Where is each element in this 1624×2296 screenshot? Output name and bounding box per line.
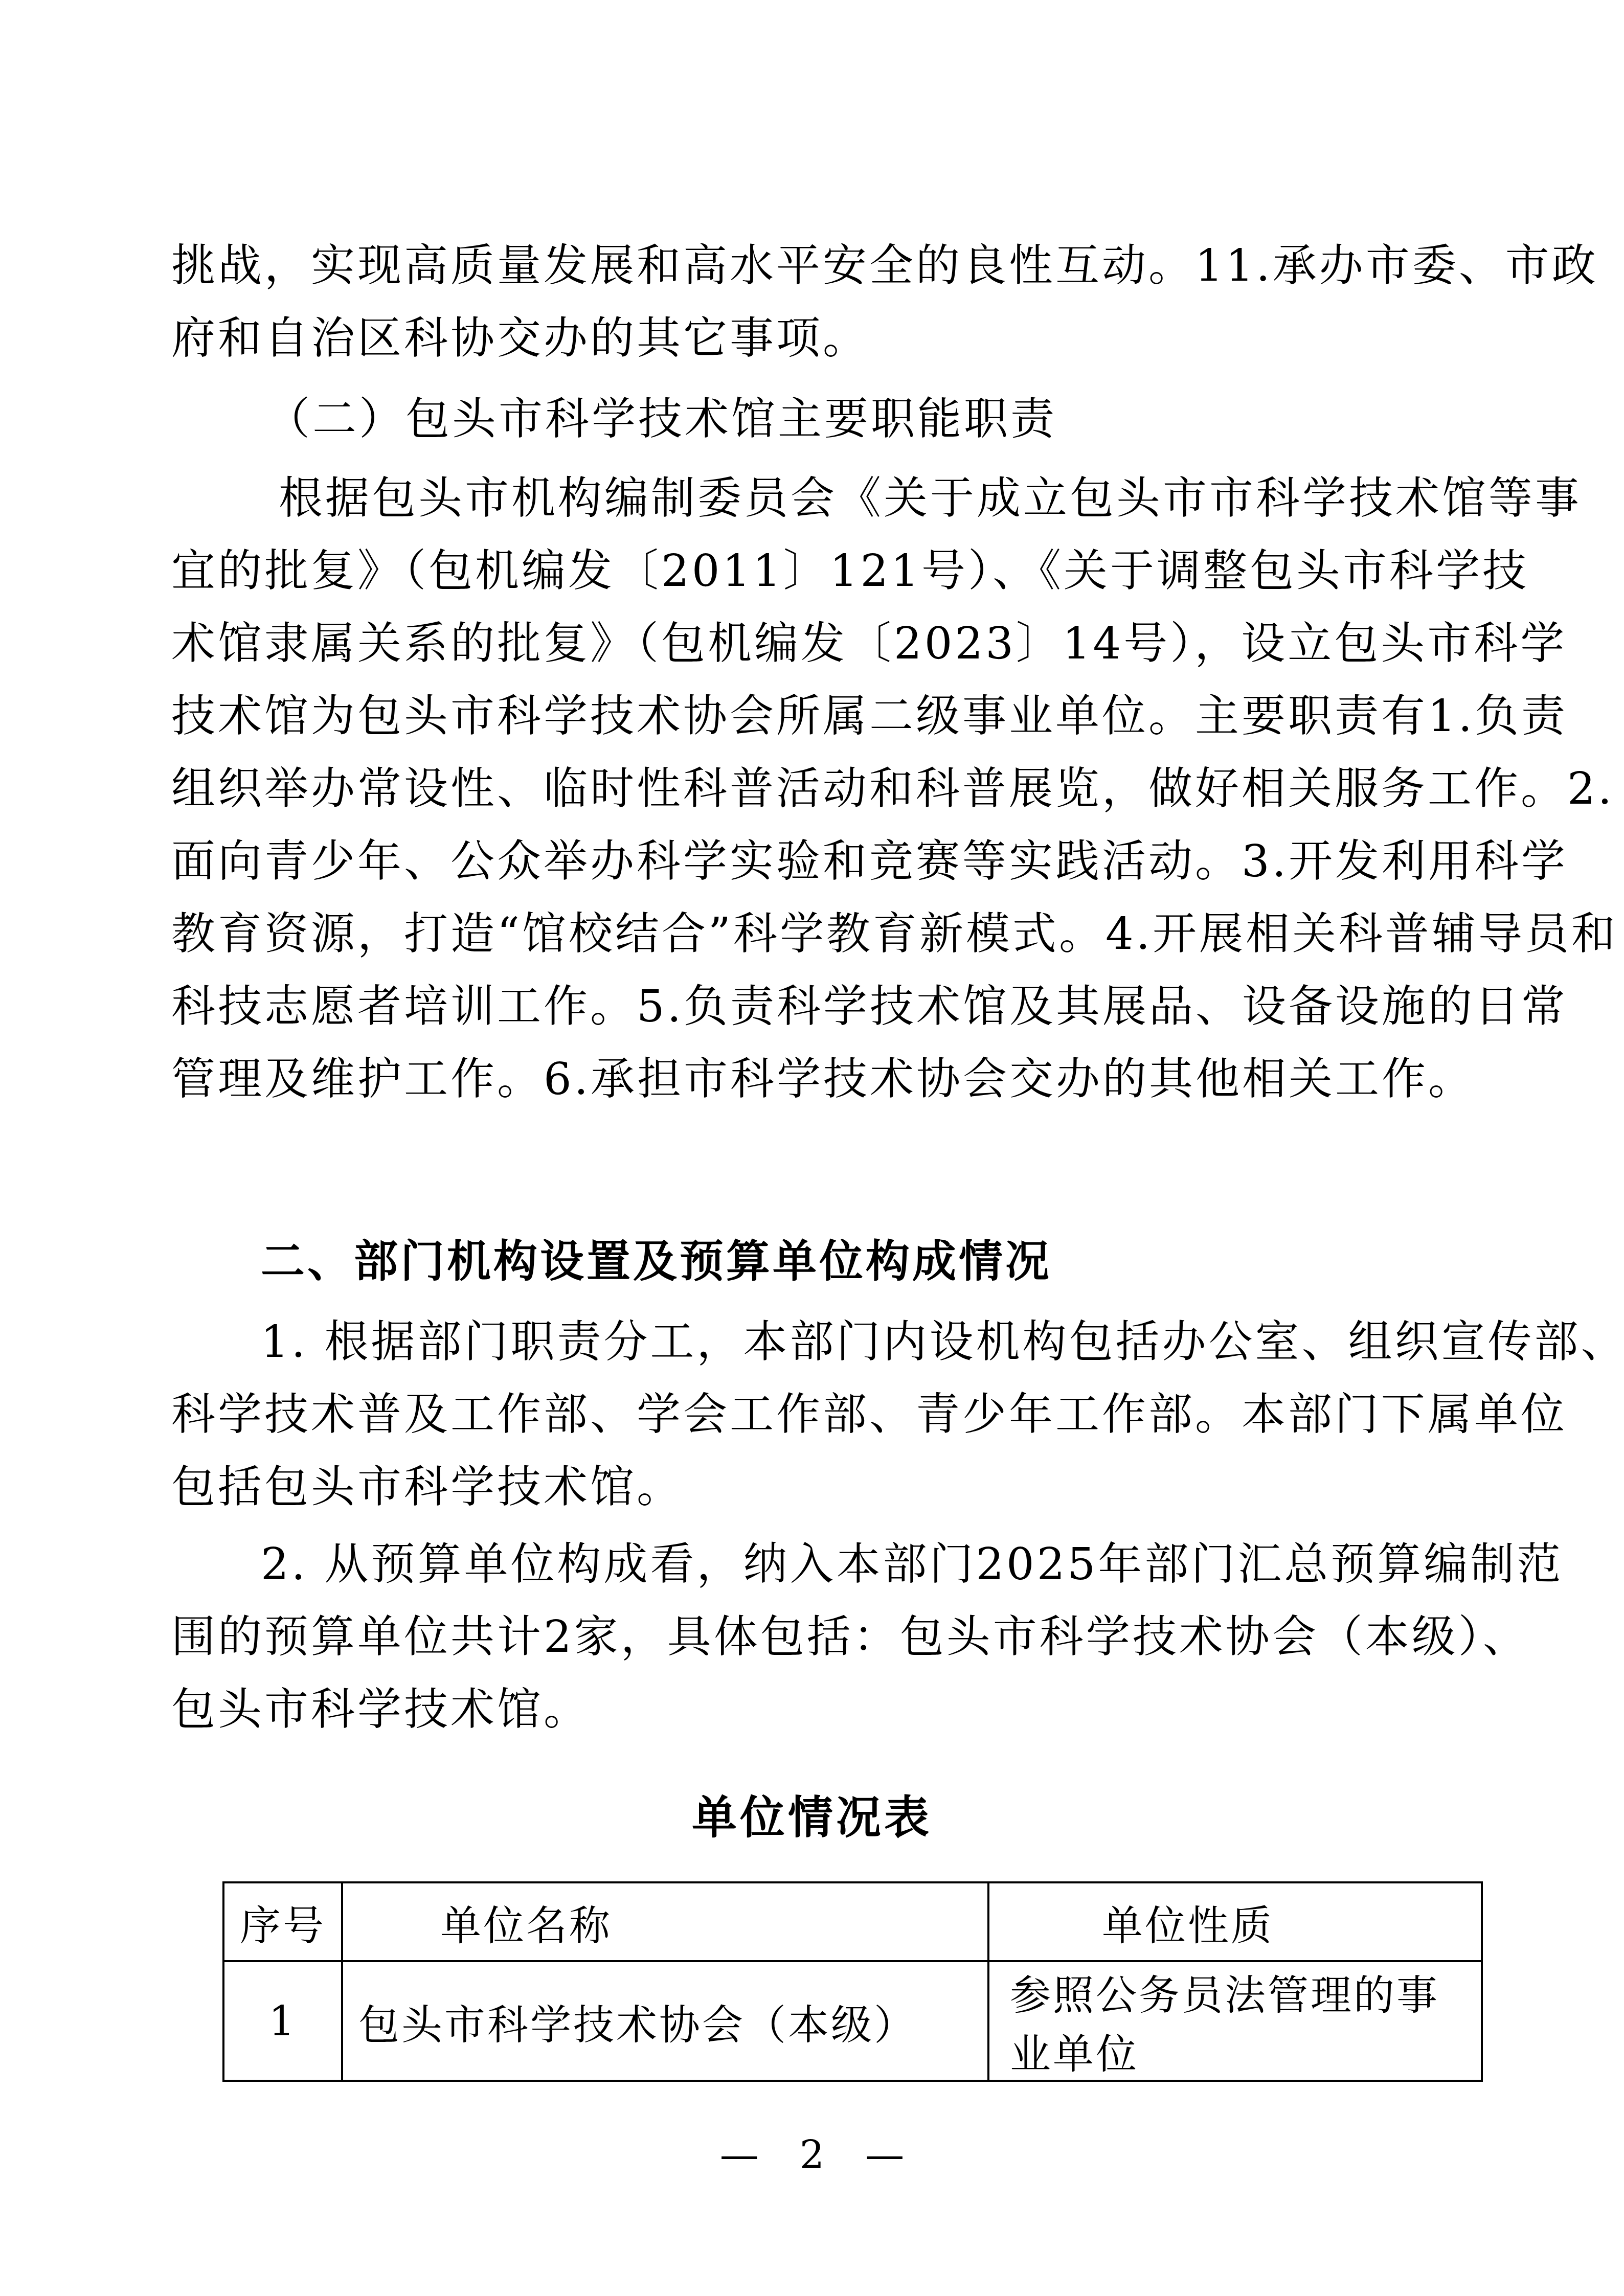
paragraph-line: 包头市科学技术馆。 — [171, 1684, 1473, 1735]
cell-seq: 1 — [223, 1961, 342, 2081]
cell-unit-type: 参照公务员法管理的事业单位 — [988, 1961, 1482, 2081]
paragraph-line: 1. 根据部门职责分工，本部门内设机构包括办公室、组织宣传部、 — [261, 1316, 1473, 1368]
subsection-heading: （二）包头市科学技术馆主要职能职责 — [266, 394, 1057, 445]
paragraph-line: 科技志愿者培训工作。5.负责科学技术馆及其展品、设备设施的日常 — [171, 981, 1473, 1032]
paragraph-line: 包括包头市科学技术馆。 — [171, 1462, 1473, 1513]
cell-unit-name: 包头市科学技术协会（本级） — [342, 1961, 988, 2081]
unit-table: 序号 单位名称 单位性质 1 包头市科学技术协会（本级） 参照公务员法管理的事业… — [222, 1881, 1483, 2082]
paragraph-line: 宜的批复》（包机编发〔2011〕121号）、《关于调整包头市科学技 — [171, 545, 1473, 597]
paragraph-line: 根据包头市机构编制委员会《关于成立包头市市科学技术馆等事 — [279, 473, 1473, 524]
paragraph-line: 管理及维护工作。6.承担市科学技术协会交办的其他相关工作。 — [171, 1054, 1473, 1105]
header-cell-unit-type: 单位性质 — [988, 1882, 1482, 1961]
paragraph-line: 面向青少年、公众举办科学实验和竞赛等实践活动。3.开发利用科学 — [171, 836, 1473, 887]
paragraph-line: 府和自治区科协交办的其它事项。 — [171, 313, 1473, 364]
paragraph-line: 组织举办常设性、临时性科普活动和科普展览，做好相关服务工作。2. — [171, 763, 1473, 814]
dash-left: — — [720, 2132, 759, 2177]
header-cell-seq: 序号 — [223, 1882, 342, 1961]
header-cell-unit-name: 单位名称 — [342, 1882, 988, 1961]
paragraph-line: 围的预算单位共计2家，具体包括：包头市科学技术协会（本级）、 — [171, 1611, 1473, 1663]
table-title: 单位情况表 — [0, 1792, 1624, 1843]
paragraph-line: 2. 从预算单位构成看，纳入本部门2025年部门汇总预算编制范 — [261, 1539, 1473, 1590]
paragraph-line: 挑战，实现高质量发展和高水平安全的良性互动。11.承办市委、市政 — [171, 240, 1473, 291]
table-row: 1 包头市科学技术协会（本级） 参照公务员法管理的事业单位 — [223, 1961, 1482, 2081]
page-number: 2 — [800, 2132, 824, 2177]
dash-right: — — [865, 2132, 904, 2177]
table-header-row: 序号 单位名称 单位性质 — [223, 1882, 1482, 1961]
paragraph-line: 术馆隶属关系的批复》（包机编发〔2023〕14号），设立包头市科学 — [171, 618, 1473, 669]
section-heading: 二、部门机构设置及预算单位构成情况 — [261, 1236, 1052, 1287]
paragraph-line: 科学技术普及工作部、学会工作部、青少年工作部。本部门下属单位 — [171, 1389, 1473, 1440]
paragraph-line: 教育资源，打造“馆校结合”科学教育新模式。4.开展相关科普辅导员和 — [171, 908, 1473, 960]
paragraph-line: 技术馆为包头市科学技术协会所属二级事业单位。主要职责有1.负责 — [171, 691, 1473, 742]
page-footer: —2— — [0, 2129, 1624, 2180]
